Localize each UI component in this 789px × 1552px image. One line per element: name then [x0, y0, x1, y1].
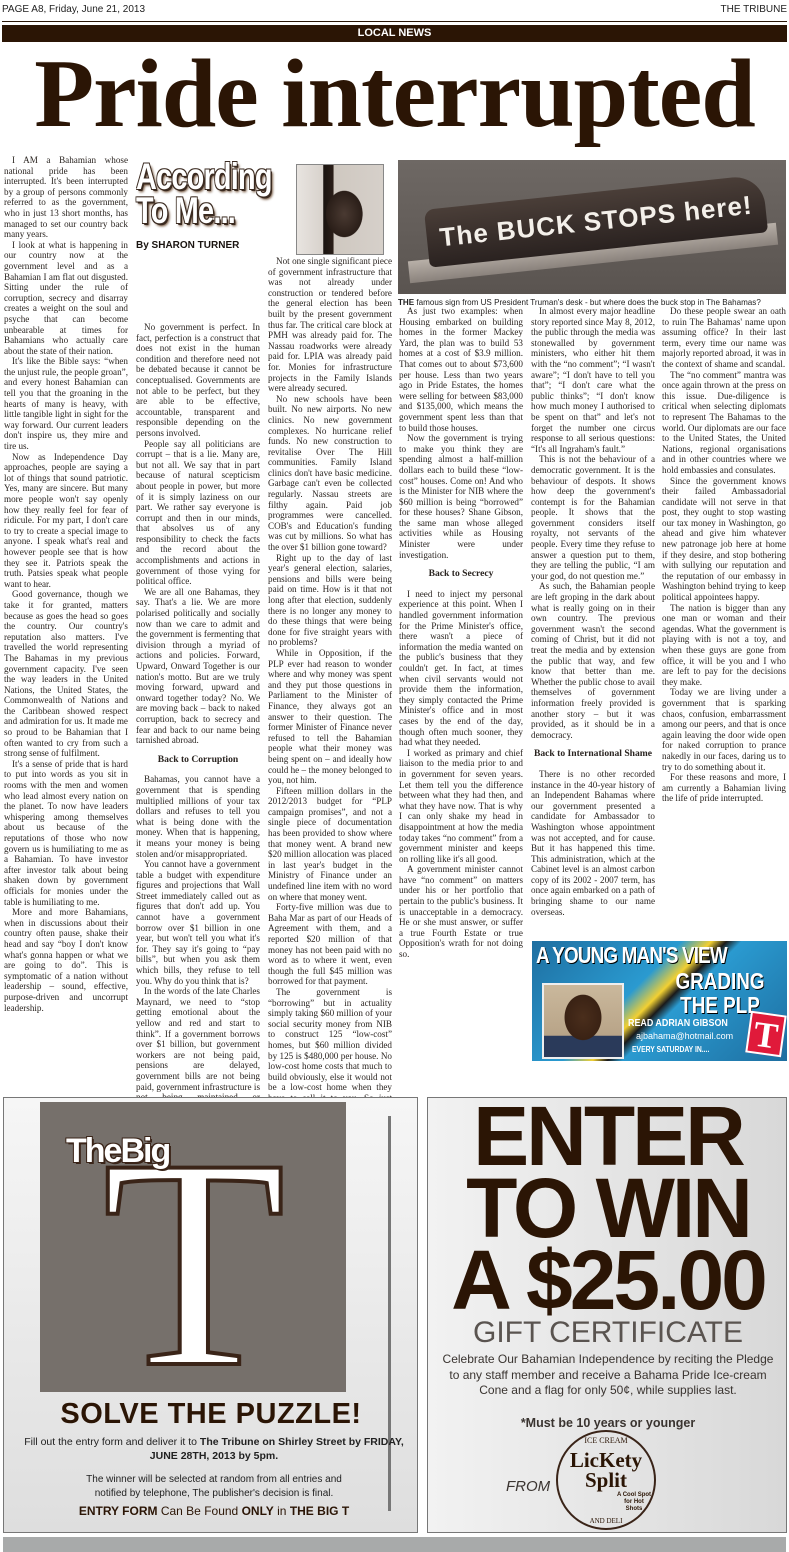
winner-line-2: notified by telephone, The publisher's d… [95, 1488, 334, 1499]
paragraph: Not one single significant piece of gove… [268, 256, 392, 394]
subhead-international-shame: Back to International Shame [531, 749, 655, 760]
paragraph: As just two examples: when Housing embar… [399, 306, 523, 433]
paragraph: I need to inject my personal experience … [399, 589, 523, 748]
paper-name: THE TRIBUNE [721, 4, 788, 20]
instructions-text: Fill out the entry form and deliver it t… [24, 1436, 200, 1448]
paragraph: In almost every major headline story rep… [531, 306, 655, 454]
article-column-3: Not one single significant piece of gove… [268, 256, 392, 1125]
puzzle-headline: SOLVE THE PUZZLE! [4, 1398, 418, 1431]
big-t-logo-icon: T [745, 1011, 786, 1058]
paragraph: Today we are living under a government t… [662, 687, 786, 772]
paragraph: More and more Bahamians, when in discuss… [4, 907, 128, 1013]
ad-line-gift-certificate: GIFT CERTIFICATE [428, 1316, 788, 1350]
ad-schedule: EVERY SATURDAY IN.... [632, 1045, 709, 1054]
entry-plain-1: Can Be Found [158, 1504, 242, 1518]
ad-subtitle: GRADING THE PLP [671, 969, 769, 1017]
paragraph: I look at what is happening in our count… [4, 240, 128, 357]
subhead-secrecy: Back to Secrecy [399, 569, 523, 580]
ad-body: Celebrate Our Bahamian Independence by r… [438, 1352, 778, 1399]
logo-bottom-text: AND DELI [558, 1517, 654, 1525]
gift-certificate-ad[interactable]: ENTER TO WIN A $25.00 GIFT CERTIFICATE C… [427, 1097, 787, 1533]
logo-tagline: A Cool Spot for Hot Shots [616, 1492, 652, 1513]
article-column-4: As just two examples: when Housing embar… [399, 306, 523, 960]
paragraph: Right up to the day of last year's gener… [268, 553, 392, 648]
paragraph: The nation is bigger than any one man or… [662, 603, 786, 688]
paragraph: No new schools have been built. No new a… [268, 394, 392, 553]
article-column-5: In almost every major headline story rep… [531, 306, 655, 917]
column-logo-line2: To Me... [136, 194, 236, 228]
ad-requirement: *Must be 10 years or younger [428, 1416, 788, 1430]
ad-email[interactable]: ajbahama@hotmail.com [636, 1031, 733, 1041]
lickety-split-logo: ICE CREAM LicKety Split A Cool Spot for … [556, 1430, 656, 1530]
column-logo-line1: According [136, 160, 236, 194]
paragraph: It's like the Bible says: “when the unju… [4, 356, 128, 451]
paragraph: The “no comment” mantra was once again t… [662, 370, 786, 476]
entry-bold-2: ONLY [242, 1504, 274, 1518]
page-date: PAGE A8, Friday, June 21, 2013 [2, 4, 145, 20]
entry-bold-1: ENTRY FORM [79, 1504, 158, 1518]
article-column-1: I AM a Bahamian whose national pride has… [4, 155, 128, 1013]
byline: By SHARON TURNER [136, 240, 239, 251]
paragraph: As such, the Bahamian people are left gr… [531, 581, 655, 740]
article-column-6: Do these people swear an oath to ruin Th… [662, 306, 786, 804]
from-label: FROM [506, 1478, 550, 1495]
paragraph: While in Opposition, if the PLP ever had… [268, 648, 392, 786]
header-rule [2, 21, 787, 22]
paragraph: I AM a Bahamian whose national pride has… [4, 155, 128, 240]
winner-line-1: The winner will be selected at random fr… [86, 1474, 342, 1485]
page-info: PAGE A8, Friday, June 21, 2013 THE TRIBU… [0, 0, 789, 20]
paragraph: People say all politicians are corrupt –… [136, 439, 260, 587]
ad-read-line: READ ADRIAN GIBSON [628, 1017, 728, 1029]
paragraph: Do these people swear an oath to ruin Th… [662, 306, 786, 370]
logo-name: LicKety Split [558, 1450, 654, 1490]
column-logo: According To Me... By SHARON TURNER [136, 160, 264, 252]
article-column-2: No government is perfect. In fact, perfe… [136, 322, 260, 1124]
paragraph: There is no other recorded instance in t… [531, 769, 655, 917]
author-photo [296, 164, 384, 255]
ad-line-amount: A $25.00 [428, 1240, 788, 1320]
headline: Pride interrupted [0, 44, 789, 144]
paragraph: Now the government is trying to make you… [399, 433, 523, 560]
paragraph: This is not the behaviour of a democrati… [531, 454, 655, 581]
young-mans-view-ad[interactable]: A YOUNG MAN'S VIEW GRADING THE PLP READ … [532, 941, 787, 1061]
paragraph: Now as Independence Day approaches, peop… [4, 452, 128, 590]
paragraph: We are all one Bahamas, they say. That's… [136, 587, 260, 746]
logo-top-text: ICE CREAM [558, 1436, 654, 1445]
paragraph: It's a sense of pride that is hard to pu… [4, 759, 128, 907]
columnist-photo [542, 983, 624, 1059]
subhead-corruption: Back to Corruption [136, 755, 260, 766]
the-big-logo: TheBig [66, 1132, 169, 1171]
paragraph: You cannot have a government table a bud… [136, 859, 260, 986]
ad-title: A YOUNG MAN'S VIEW [536, 943, 741, 967]
paragraph: Since the government knows their failed … [662, 476, 786, 603]
buck-stops-here-photo: The BUCK STOPS here! [398, 160, 786, 294]
entry-bold-3: THE BIG T [290, 1504, 349, 1518]
paragraph: For these reasons and more, I am current… [662, 772, 786, 804]
paragraph: Forty-five million was due to Baha Mar a… [268, 902, 392, 987]
paragraph: No government is perfect. In fact, perfe… [136, 322, 260, 439]
winner-notice: The winner will be selected at random fr… [14, 1473, 414, 1500]
puzzle-instructions: Fill out the entry form and deliver it t… [14, 1435, 414, 1463]
entry-plain-2: in [274, 1504, 290, 1518]
big-t-letter-icon: T [64, 1158, 324, 1392]
paragraph: A government minister cannot have “no co… [399, 864, 523, 959]
entry-form-notice: ENTRY FORM Can Be Found ONLY in THE BIG … [14, 1504, 414, 1518]
paragraph: Fifteen million dollars in the 2012/2013… [268, 786, 392, 903]
paragraph: I worked as primary and chief liaison to… [399, 748, 523, 865]
paragraph: Good governance, though we take it for g… [4, 589, 128, 759]
paragraph: Bahamas, you cannot have a government th… [136, 774, 260, 859]
bottom-strip [3, 1537, 786, 1552]
big-t-puzzle-ad[interactable]: T TheBig SOLVE THE PUZZLE! Fill out the … [3, 1097, 418, 1533]
